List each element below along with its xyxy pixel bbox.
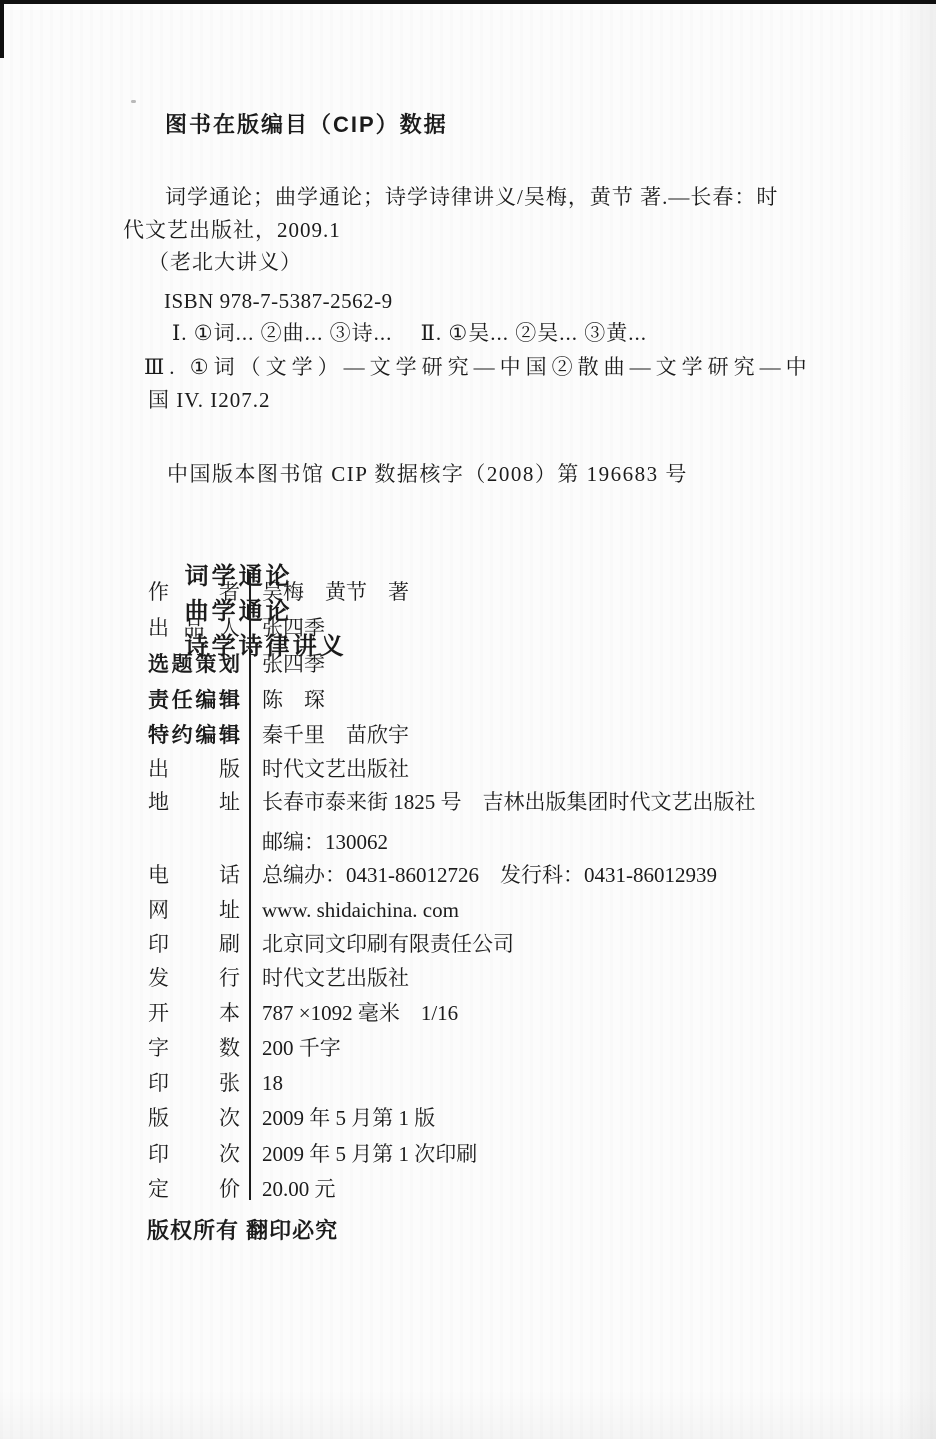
row-label: 印次 [148, 1142, 240, 1166]
row-value: 张四季 [262, 616, 325, 640]
cip-record-line1: 词学通论；曲学通论；诗学诗律讲义/吴梅，黄节 著.—长春：时 [165, 184, 778, 210]
row-value: 北京同文印刷有限责任公司 [262, 932, 514, 956]
row-label: 出版 [148, 757, 240, 781]
isbn-line: ISBN 978-7-5387-2562-9 [164, 288, 393, 314]
row-label: 开本 [148, 1001, 240, 1025]
row-label: 网址 [148, 898, 240, 922]
colophon-row-address: 地址 长春市泰来街 1825 号 吉林出版集团时代文艺出版社 [148, 790, 240, 814]
row-label: 作者 [148, 580, 240, 604]
colophon-divider-line [249, 572, 251, 1200]
cip-record-line2: 代文艺出版社，2009.1 [123, 217, 341, 243]
scan-artifact-top-bar [0, 0, 936, 4]
colophon-row-sheets: 印张 18 [148, 1071, 240, 1095]
colophon-row-producer: 出品人 张四季 [148, 616, 240, 640]
colophon-row-price: 定价 20.00 元 [148, 1177, 240, 1201]
colophon-row-distributor: 发行 时代文艺出版社 [148, 966, 240, 990]
colophon-row-website: 网址 www. shidaichina. com [148, 898, 240, 922]
row-value: 200 千字 [262, 1036, 341, 1060]
row-label: 发行 [148, 966, 240, 990]
row-value: 秦千里 苗欣宇 [262, 723, 409, 747]
colophon-row-edition: 版次 2009 年 5 月第 1 版 [148, 1106, 240, 1130]
colophon-row-format: 开本 787 ×1092 毫米 1/16 [148, 1001, 240, 1025]
row-label: 特约编辑 [148, 724, 240, 748]
classification-line3: 国 IV. I207.2 [148, 387, 270, 413]
row-value: 时代文艺出版社 [262, 757, 409, 781]
row-value: 张四季 [262, 652, 325, 676]
colophon-row-editor: 责任编辑 陈 琛 [148, 688, 240, 713]
row-label: 选题策划 [148, 653, 240, 677]
scan-artifact-left-bar [0, 0, 4, 58]
row-label: 定价 [148, 1177, 240, 1201]
row-label: 出品人 [148, 616, 240, 640]
row-value: 2009 年 5 月第 1 次印刷 [262, 1142, 477, 1166]
row-value: 18 [262, 1071, 283, 1095]
colophon-row-author: 作者 吴梅 黄节 著 [148, 580, 240, 604]
row-label: 版次 [148, 1106, 240, 1130]
classification-line2: Ⅲ. ①词（文学）—文学研究—中国②散曲—文学研究—中 [144, 354, 812, 380]
address-postcode: 邮编：130062 [262, 826, 388, 856]
row-label: 地址 [148, 790, 240, 814]
colophon-row-publisher: 出版 时代文艺出版社 [148, 757, 240, 781]
colophon-row-phone: 电话 总编办：0431-86012726 发行科：0431-86012939 [148, 863, 240, 887]
row-label: 印张 [148, 1071, 240, 1095]
row-value: 陈 琛 [262, 688, 325, 712]
colophon-row-impression: 印次 2009 年 5 月第 1 次印刷 [148, 1142, 240, 1166]
colophon-row-printer: 印刷 北京同文印刷有限责任公司 [148, 932, 240, 956]
colophon-row-wordcount: 字数 200 千字 [148, 1036, 240, 1060]
row-label: 印刷 [148, 932, 240, 956]
row-value: 总编办：0431-86012726 发行科：0431-86012939 [262, 863, 717, 887]
row-label: 责任编辑 [148, 689, 240, 713]
copyright-notice: 版权所有 翻印必究 [147, 1214, 338, 1245]
row-value: 时代文艺出版社 [262, 966, 409, 990]
row-value: 787 ×1092 毫米 1/16 [262, 1001, 458, 1025]
colophon-row-special-editor: 特约编辑 秦千里 苗欣宇 [148, 723, 240, 748]
row-value: 长春市泰来街 1825 号 吉林出版集团时代文艺出版社 [262, 790, 756, 814]
cip-number-line: 中国版本图书馆 CIP 数据核字（2008）第 196683 号 [167, 461, 688, 487]
row-label: 字数 [148, 1036, 240, 1060]
row-value: 2009 年 5 月第 1 版 [262, 1106, 435, 1130]
classification-line1: Ⅰ. ①词... ②曲... ③诗... Ⅱ. ①吴... ②吴... ③黄..… [172, 320, 647, 346]
book-copyright-page: 图书在版编目（CIP）数据 词学通论；曲学通论；诗学诗律讲义/吴梅，黄节 著.—… [0, 0, 936, 1439]
row-value: 吴梅 黄节 著 [262, 580, 409, 604]
row-label: 电话 [148, 863, 240, 887]
row-value: www. shidaichina. com [262, 898, 459, 922]
row-value: 20.00 元 [262, 1177, 336, 1201]
cip-header: 图书在版编目（CIP）数据 [165, 108, 448, 139]
series-note: （老北大讲义） [148, 249, 302, 275]
scan-artifact-speck [131, 100, 136, 103]
colophon-row-planning: 选题策划 张四季 [148, 652, 240, 677]
